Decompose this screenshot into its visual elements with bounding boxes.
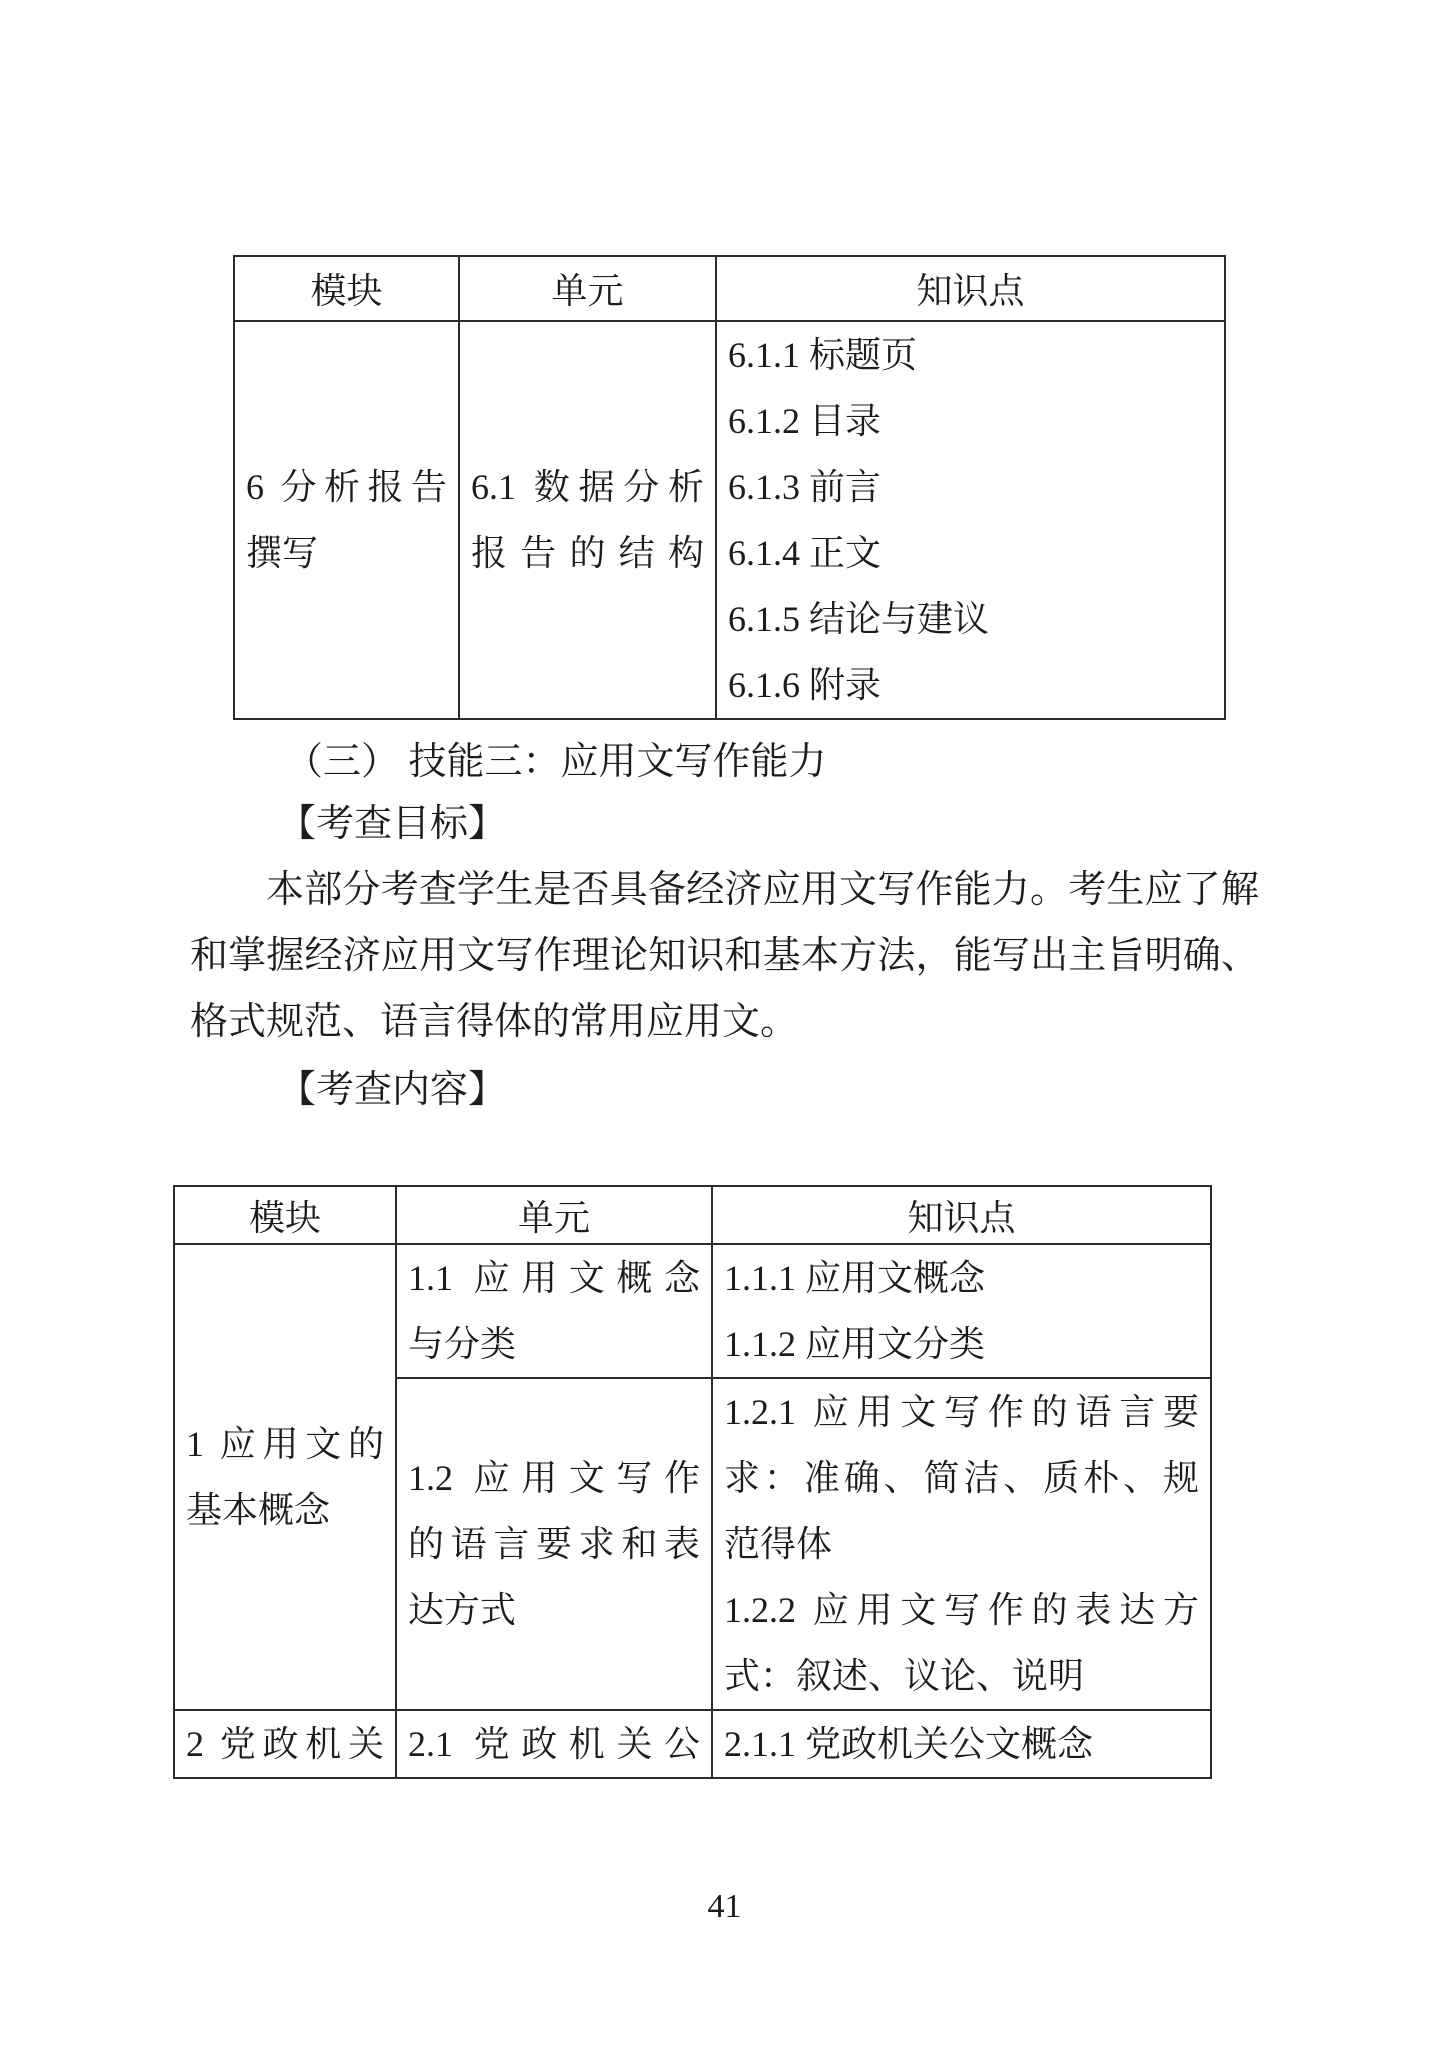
unit-1-2-line: 1.2 应用文写作	[408, 1445, 700, 1511]
table2-unit-2-1-cell: 2.1 党政机关公	[396, 1710, 712, 1778]
unit-1-2-line: 达方式	[408, 1577, 700, 1643]
unit-1-1-line: 1.1 应用文概念	[408, 1245, 700, 1311]
knowledge-point: 2.1.1 党政机关公文概念	[724, 1711, 1199, 1777]
paragraph-line: 格式规范、语言得体的常用应用文。	[190, 989, 1259, 1055]
knowledge-point: 1.2.2 应用文写作的表达方	[724, 1577, 1199, 1643]
unit-6-1-line: 报告的结构	[471, 520, 704, 586]
knowledge-point: 6.1.1 标题页	[728, 322, 1213, 388]
knowledge-point: 1.2.1 应用文写作的语言要	[724, 1379, 1199, 1445]
table2-knowledge-1-1-cell: 1.1.1 应用文概念 1.1.2 应用文分类	[712, 1244, 1211, 1378]
syllabus-table-applied-writing: 模块 单元 知识点 1 应用文的 基本概念 1.1 应用文概念 与分类 1.1.…	[173, 1185, 1212, 1779]
module-6-line: 6 分析报告	[246, 454, 447, 520]
exam-content-label: 【考查内容】	[278, 1057, 506, 1123]
table2-header-row: 模块 单元 知识点	[174, 1186, 1211, 1244]
table2-header-unit: 单元	[396, 1186, 712, 1244]
knowledge-point: 6.1.5 结论与建议	[728, 586, 1213, 652]
module-1-line: 1 应用文的	[186, 1411, 384, 1477]
knowledge-point: 范得体	[724, 1511, 1199, 1577]
table2-row-2: 2 党政机关 2.1 党政机关公 2.1.1 党政机关公文概念	[174, 1710, 1211, 1778]
table2-header-module: 模块	[174, 1186, 396, 1244]
syllabus-table-module-6: 模块 单元 知识点 6 分析报告 撰写 6.1 数据分析 报告的结构 6.1.1…	[233, 255, 1226, 720]
unit-2-1-line: 2.1 党政机关公	[408, 1711, 700, 1777]
table2-unit-1-2-cell: 1.2 应用文写作 的语言要求和表 达方式	[396, 1378, 712, 1710]
module-2-line: 2 党政机关	[186, 1711, 384, 1777]
table1-header-row: 模块 单元 知识点	[234, 256, 1225, 321]
table2-module-1-cell: 1 应用文的 基本概念	[174, 1244, 396, 1710]
exam-goal-paragraph: 本部分考查学生是否具备经济应用文写作能力。考生应了解 和掌握经济应用文写作理论知…	[190, 857, 1259, 1055]
table1-unit-cell: 6.1 数据分析 报告的结构	[459, 321, 716, 719]
paragraph-line: 和掌握经济应用文写作理论知识和基本方法，能写出主旨明确、	[190, 923, 1259, 989]
paragraph-line: 本部分考查学生是否具备经济应用文写作能力。考生应了解	[190, 857, 1259, 923]
knowledge-point: 求：准确、简洁、质朴、规	[724, 1445, 1199, 1511]
exam-goal-label: 【考查目标】	[278, 791, 506, 857]
table1-knowledge-cell: 6.1.1 标题页 6.1.2 目录 6.1.3 前言 6.1.4 正文 6.1…	[716, 321, 1225, 719]
table2-row-1-1: 1 应用文的 基本概念 1.1 应用文概念 与分类 1.1.1 应用文概念 1.…	[174, 1244, 1211, 1378]
module-6-line: 撰写	[246, 520, 447, 586]
table2-header-knowledge: 知识点	[712, 1186, 1211, 1244]
table2-knowledge-1-2-cell: 1.2.1 应用文写作的语言要 求：准确、简洁、质朴、规 范得体 1.2.2 应…	[712, 1378, 1211, 1710]
knowledge-point: 6.1.3 前言	[728, 454, 1213, 520]
table1-module-cell: 6 分析报告 撰写	[234, 321, 459, 719]
knowledge-point: 6.1.4 正文	[728, 520, 1213, 586]
knowledge-point: 1.1.1 应用文概念	[724, 1245, 1199, 1311]
knowledge-point: 式：叙述、议论、说明	[724, 1643, 1199, 1709]
knowledge-point: 1.1.2 应用文分类	[724, 1311, 1199, 1377]
unit-6-1-line: 6.1 数据分析	[471, 454, 704, 520]
section-heading-skill-3: （三） 技能三：应用文写作能力	[285, 729, 827, 795]
page-number: 41	[0, 1874, 1449, 1940]
table1-header-unit: 单元	[459, 256, 716, 321]
module-1-line: 基本概念	[186, 1477, 384, 1543]
unit-1-2-line: 的语言要求和表	[408, 1511, 700, 1577]
knowledge-point: 6.1.2 目录	[728, 388, 1213, 454]
document-page: 模块 单元 知识点 6 分析报告 撰写 6.1 数据分析 报告的结构 6.1.1…	[0, 0, 1449, 2048]
table1-header-module: 模块	[234, 256, 459, 321]
table1-header-knowledge: 知识点	[716, 256, 1225, 321]
table2-knowledge-2-1-cell: 2.1.1 党政机关公文概念	[712, 1710, 1211, 1778]
table2-unit-1-1-cell: 1.1 应用文概念 与分类	[396, 1244, 712, 1378]
knowledge-point: 6.1.6 附录	[728, 652, 1213, 718]
unit-1-1-line: 与分类	[408, 1311, 700, 1377]
table2-module-2-cell: 2 党政机关	[174, 1710, 396, 1778]
table1-row-6: 6 分析报告 撰写 6.1 数据分析 报告的结构 6.1.1 标题页 6.1.2…	[234, 321, 1225, 719]
